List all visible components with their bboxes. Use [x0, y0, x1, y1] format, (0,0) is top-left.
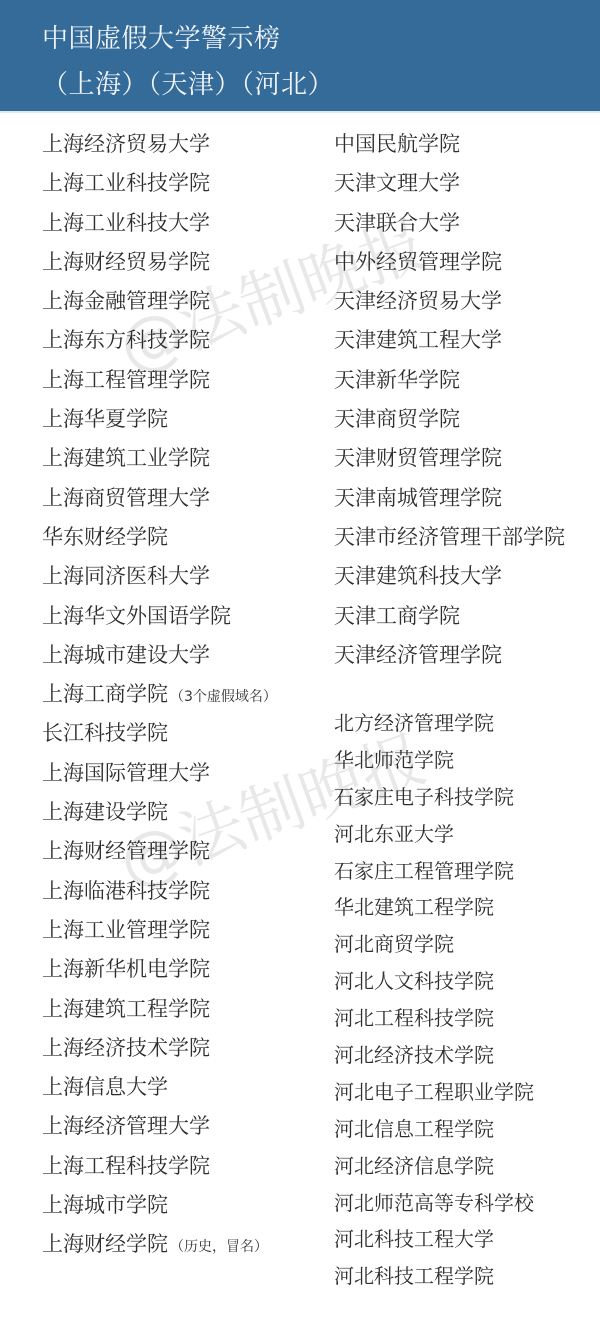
university-name: 天津市经济管理干部学院	[334, 525, 565, 549]
list-item: 上海建筑工程学院	[42, 991, 277, 1030]
list-item: 上海国际管理大学	[42, 755, 277, 794]
list-item: 上海华夏学院	[42, 401, 277, 440]
list-item: 上海城市学院	[42, 1187, 277, 1226]
university-name: 上海商贸管理大学	[42, 486, 210, 510]
university-name: 上海城市建设大学	[42, 643, 210, 667]
university-name: 上海经济贸易大学	[42, 132, 210, 156]
list-item: 河北商贸学院	[334, 926, 534, 963]
university-name: 河北科技工程大学	[334, 1227, 494, 1251]
list-item: 上海经济技术学院	[42, 1030, 277, 1069]
university-name: 上海工业科技大学	[42, 211, 210, 235]
list-item: 上海临港科技学院	[42, 873, 277, 912]
page-title: 中国虚假大学警示榜	[42, 18, 281, 55]
list-item: 上海金融管理学院	[42, 283, 277, 322]
list-item: 河北人文科技学院	[334, 963, 534, 1000]
hebei-list: 北方经济管理学院华北师范学院石家庄电子科技学院河北东亚大学石家庄工程管理学院华北…	[334, 705, 534, 1295]
university-name: 河北人文科技学院	[334, 969, 494, 993]
list-item: 河北工程科技学院	[334, 1000, 534, 1037]
list-item: 上海工程科技学院	[42, 1148, 277, 1187]
university-name: 天津工商学院	[334, 604, 460, 628]
university-name: 天津文理大学	[334, 171, 460, 195]
list-item: 上海东方科技学院	[42, 322, 277, 361]
university-name: 上海东方科技学院	[42, 328, 210, 352]
list-item: 河北东亚大学	[334, 816, 534, 853]
list-item: 上海新华机电学院	[42, 951, 277, 990]
list-item: 上海经济贸易大学	[42, 126, 277, 165]
list-item: 河北电子工程职业学院	[334, 1074, 534, 1111]
list-item: 中国民航学院	[334, 126, 565, 165]
list-item: 上海工商学院（3个虚假域名）	[42, 676, 277, 715]
university-name: 河北科技工程学院	[334, 1264, 494, 1288]
university-name: 河北东亚大学	[334, 822, 454, 846]
shanghai-list: 上海经济贸易大学上海工业科技学院上海工业科技大学上海财经贸易学院上海金融管理学院…	[42, 126, 277, 1266]
university-name: 上海工程管理学院	[42, 368, 210, 392]
item-note: （历史，冒名）	[170, 1239, 268, 1255]
list-item: 华东财经学院	[42, 519, 277, 558]
list-item: 天津南城管理学院	[334, 480, 565, 519]
list-item: 天津联合大学	[334, 205, 565, 244]
list-item: 河北信息工程学院	[334, 1111, 534, 1148]
list-item: 上海商贸管理大学	[42, 480, 277, 519]
list-item: 石家庄工程管理学院	[334, 853, 534, 890]
university-name: 天津南城管理学院	[334, 486, 502, 510]
list-item: 上海信息大学	[42, 1069, 277, 1108]
list-item: 上海城市建设大学	[42, 637, 277, 676]
university-name: 上海财经贸易学院	[42, 250, 210, 274]
list-item: 天津市经济管理干部学院	[334, 519, 565, 558]
university-name: 石家庄工程管理学院	[334, 859, 514, 883]
list-item: 上海同济医科大学	[42, 558, 277, 597]
university-name: 北方经济管理学院	[334, 711, 494, 735]
list-item: 河北经济信息学院	[334, 1148, 534, 1185]
item-note: （3个虚假域名）	[170, 689, 277, 705]
university-name: 中国民航学院	[334, 132, 460, 156]
list-item: 天津工商学院	[334, 598, 565, 637]
list-item: 石家庄电子科技学院	[334, 779, 534, 816]
list-item: 天津建筑科技大学	[334, 558, 565, 597]
university-name: 上海建设学院	[42, 800, 168, 824]
list-item: 华北建筑工程学院	[334, 889, 534, 926]
university-name: 长江科技学院	[42, 721, 168, 745]
university-name: 天津商贸学院	[334, 407, 460, 431]
university-name: 华东财经学院	[42, 525, 168, 549]
university-name: 上海经济管理大学	[42, 1114, 210, 1138]
university-name: 天津经济管理学院	[334, 643, 502, 667]
university-name: 上海华夏学院	[42, 407, 168, 431]
tianjin-list: 中国民航学院天津文理大学天津联合大学中外经贸管理学院天津经济贸易大学天津建筑工程…	[334, 126, 565, 676]
list-item: 河北科技工程大学	[334, 1221, 534, 1258]
university-name: 上海新华机电学院	[42, 957, 210, 981]
university-name: 上海经济技术学院	[42, 1036, 210, 1060]
university-name: 天津财贸管理学院	[334, 446, 502, 470]
university-name: 上海财经学院	[42, 1232, 168, 1256]
page-subtitle-regions: （上海）（天津）（河北）	[42, 64, 334, 101]
list-item: 华北师范学院	[334, 742, 534, 779]
list-item: 天津文理大学	[334, 165, 565, 204]
university-name: 石家庄电子科技学院	[334, 785, 514, 809]
list-item: 北方经济管理学院	[334, 705, 534, 742]
university-name: 上海工程科技学院	[42, 1154, 210, 1178]
university-name: 华北师范学院	[334, 748, 454, 772]
header-banner: 中国虚假大学警示榜 （上海）（天津）（河北）	[0, 0, 600, 113]
list-item: 天津经济管理学院	[334, 637, 565, 676]
university-name: 上海国际管理大学	[42, 761, 210, 785]
university-name: 天津新华学院	[334, 368, 460, 392]
list-item: 上海华文外国语学院	[42, 598, 277, 637]
university-name: 河北经济技术学院	[334, 1043, 494, 1067]
list-item: 中外经贸管理学院	[334, 244, 565, 283]
list-item: 天津经济贸易大学	[334, 283, 565, 322]
list-item: 天津财贸管理学院	[334, 440, 565, 479]
university-name: 天津建筑科技大学	[334, 564, 502, 588]
university-name: 河北信息工程学院	[334, 1117, 494, 1141]
list-item: 河北师范高等专科学校	[334, 1185, 534, 1222]
university-name: 河北电子工程职业学院	[334, 1080, 534, 1104]
list-item: 上海财经贸易学院	[42, 244, 277, 283]
list-item: 河北科技工程学院	[334, 1258, 534, 1295]
list-item: 上海财经管理学院	[42, 833, 277, 872]
university-name: 上海工业管理学院	[42, 918, 210, 942]
university-name: 上海临港科技学院	[42, 879, 210, 903]
university-name: 上海建筑工程学院	[42, 997, 210, 1021]
university-name: 上海工商学院	[42, 682, 168, 706]
list-item: 长江科技学院	[42, 715, 277, 754]
list-item: 河北经济技术学院	[334, 1037, 534, 1074]
university-name: 天津建筑工程大学	[334, 328, 502, 352]
university-name: 上海同济医科大学	[42, 564, 210, 588]
list-item: 天津新华学院	[334, 362, 565, 401]
university-name: 中外经贸管理学院	[334, 250, 502, 274]
list-item: 上海工业科技学院	[42, 165, 277, 204]
university-name: 河北师范高等专科学校	[334, 1191, 534, 1215]
list-item: 上海建筑工业学院	[42, 440, 277, 479]
university-name: 上海建筑工业学院	[42, 446, 210, 470]
list-item: 上海工业科技大学	[42, 205, 277, 244]
list-item: 天津商贸学院	[334, 401, 565, 440]
university-name: 天津联合大学	[334, 211, 460, 235]
list-item: 上海建设学院	[42, 794, 277, 833]
university-name: 华北建筑工程学院	[334, 895, 494, 919]
university-name: 上海金融管理学院	[42, 289, 210, 313]
list-item: 上海工业管理学院	[42, 912, 277, 951]
university-name: 上海工业科技学院	[42, 171, 210, 195]
university-name: 河北商贸学院	[334, 932, 454, 956]
list-item: 上海财经学院（历史，冒名）	[42, 1226, 277, 1265]
list-item: 上海经济管理大学	[42, 1108, 277, 1147]
university-name: 上海华文外国语学院	[42, 604, 231, 628]
university-name: 河北工程科技学院	[334, 1006, 494, 1030]
list-item: 上海工程管理学院	[42, 362, 277, 401]
university-name: 上海城市学院	[42, 1193, 168, 1217]
university-name: 上海信息大学	[42, 1075, 168, 1099]
university-name: 上海财经管理学院	[42, 839, 210, 863]
university-name: 河北经济信息学院	[334, 1154, 494, 1178]
list-item: 天津建筑工程大学	[334, 322, 565, 361]
university-name: 天津经济贸易大学	[334, 289, 502, 313]
